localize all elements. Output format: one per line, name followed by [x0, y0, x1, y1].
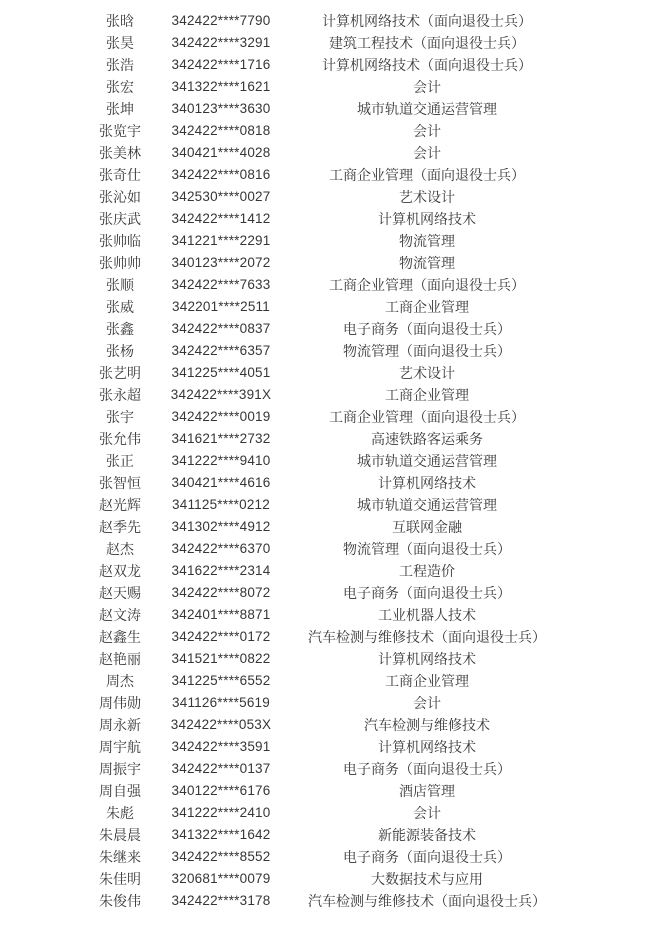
table-row: 张览宇342422****0818会计 — [75, 120, 577, 142]
student-id-masked: 342422****8552 — [165, 846, 277, 868]
student-name: 张允伟 — [75, 428, 165, 450]
student-major: 会计 — [277, 802, 577, 824]
student-name: 朱晨晨 — [75, 824, 165, 846]
student-major: 计算机网络技术 — [277, 472, 577, 494]
student-id-masked: 342422****0172 — [165, 626, 277, 648]
table-row: 张宇342422****0019工商企业管理（面向退役士兵） — [75, 406, 577, 428]
student-major: 工商企业管理 — [277, 296, 577, 318]
student-major: 互联网金融 — [277, 516, 577, 538]
student-id-masked: 340123****3630 — [165, 98, 277, 120]
student-name: 张浩 — [75, 54, 165, 76]
student-id-masked: 341221****2291 — [165, 230, 277, 252]
student-id-masked: 342422****0019 — [165, 406, 277, 428]
student-major: 物流管理（面向退役士兵） — [277, 340, 577, 362]
student-major: 艺术设计 — [277, 186, 577, 208]
student-name: 张正 — [75, 450, 165, 472]
student-major: 计算机网络技术 — [277, 648, 577, 670]
student-major: 工商企业管理 — [277, 670, 577, 692]
student-name: 张艺明 — [75, 362, 165, 384]
table-row: 张威342201****2511工商企业管理 — [75, 296, 577, 318]
student-name: 张鑫 — [75, 318, 165, 340]
table-row: 赵鑫生342422****0172汽车检测与维修技术（面向退役士兵） — [75, 626, 577, 648]
student-name: 张览宇 — [75, 120, 165, 142]
student-major: 新能源装备技术 — [277, 824, 577, 846]
student-id-masked: 342422****0837 — [165, 318, 277, 340]
student-name: 赵鑫生 — [75, 626, 165, 648]
student-major: 会计 — [277, 142, 577, 164]
table-row: 张宏341322****1621会计 — [75, 76, 577, 98]
table-row: 张顺342422****7633工商企业管理（面向退役士兵） — [75, 274, 577, 296]
student-major: 艺术设计 — [277, 362, 577, 384]
student-id-masked: 340122****6176 — [165, 780, 277, 802]
student-major: 大数据技术与应用 — [277, 868, 577, 890]
table-row: 朱佳明320681****0079大数据技术与应用 — [75, 868, 577, 890]
student-name: 赵艳丽 — [75, 648, 165, 670]
table-row: 赵季先341302****4912互联网金融 — [75, 516, 577, 538]
table-row: 张允伟341621****2732高速铁路客运乘务 — [75, 428, 577, 450]
student-name: 赵季先 — [75, 516, 165, 538]
student-major: 工商企业管理 — [277, 384, 577, 406]
table-row: 张杨342422****6357物流管理（面向退役士兵） — [75, 340, 577, 362]
student-name: 张智恒 — [75, 472, 165, 494]
student-major: 工商企业管理（面向退役士兵） — [277, 406, 577, 428]
student-id-masked: 342422****0137 — [165, 758, 277, 780]
student-major: 会计 — [277, 692, 577, 714]
student-name: 张沁如 — [75, 186, 165, 208]
student-major: 汽车检测与维修技术 — [277, 714, 577, 736]
student-id-masked: 341225****6552 — [165, 670, 277, 692]
student-id-masked: 341322****1621 — [165, 76, 277, 98]
table-row: 赵光辉341125****0212城市轨道交通运营管理 — [75, 494, 577, 516]
student-major: 计算机网络技术 — [277, 208, 577, 230]
student-major: 工程造价 — [277, 560, 577, 582]
table-row: 张浩342422****1716计算机网络技术（面向退役士兵） — [75, 54, 577, 76]
student-major: 汽车检测与维修技术（面向退役士兵） — [277, 890, 577, 912]
table-row: 周宇航342422****3591计算机网络技术 — [75, 736, 577, 758]
student-name: 张宇 — [75, 406, 165, 428]
table-row: 周杰341225****6552工商企业管理 — [75, 670, 577, 692]
student-name: 张宏 — [75, 76, 165, 98]
student-major: 会计 — [277, 120, 577, 142]
student-name: 周伟勋 — [75, 692, 165, 714]
student-major: 电子商务（面向退役士兵） — [277, 318, 577, 340]
student-name: 张威 — [75, 296, 165, 318]
table-row: 赵杰342422****6370物流管理（面向退役士兵） — [75, 538, 577, 560]
table-row: 张奇仕342422****0816工商企业管理（面向退役士兵） — [75, 164, 577, 186]
table-row: 张帅临341221****2291物流管理 — [75, 230, 577, 252]
student-id-masked: 340123****2072 — [165, 252, 277, 274]
student-major: 计算机网络技术（面向退役士兵） — [277, 54, 577, 76]
student-name: 张奇仕 — [75, 164, 165, 186]
table-row: 张永超342422****391X工商企业管理 — [75, 384, 577, 406]
student-major: 电子商务（面向退役士兵） — [277, 846, 577, 868]
student-id-masked: 342422****7633 — [165, 274, 277, 296]
table-row: 张帅帅340123****2072物流管理 — [75, 252, 577, 274]
student-id-masked: 320681****0079 — [165, 868, 277, 890]
student-id-masked: 342422****391X — [165, 384, 277, 406]
student-major: 电子商务（面向退役士兵） — [277, 582, 577, 604]
student-name: 张美林 — [75, 142, 165, 164]
table-row: 朱彪341222****2410会计 — [75, 802, 577, 824]
student-name: 张帅帅 — [75, 252, 165, 274]
table-row: 张庆武342422****1412计算机网络技术 — [75, 208, 577, 230]
student-id-masked: 342422****3591 — [165, 736, 277, 758]
student-major: 工商企业管理（面向退役士兵） — [277, 164, 577, 186]
student-major: 物流管理（面向退役士兵） — [277, 538, 577, 560]
student-id-masked: 342422****1716 — [165, 54, 277, 76]
student-id-masked: 342422****3178 — [165, 890, 277, 912]
student-id-masked: 341621****2732 — [165, 428, 277, 450]
student-name: 周杰 — [75, 670, 165, 692]
student-major: 汽车检测与维修技术（面向退役士兵） — [277, 626, 577, 648]
table-row: 赵双龙341622****2314工程造价 — [75, 560, 577, 582]
student-name: 朱继来 — [75, 846, 165, 868]
student-id-masked: 342422****7790 — [165, 10, 277, 32]
table-row: 张坤340123****3630城市轨道交通运营管理 — [75, 98, 577, 120]
student-name: 朱彪 — [75, 802, 165, 824]
student-id-masked: 342422****3291 — [165, 32, 277, 54]
student-id-masked: 341322****1642 — [165, 824, 277, 846]
table-row: 张正341222****9410城市轨道交通运营管理 — [75, 450, 577, 472]
student-id-masked: 341222****9410 — [165, 450, 277, 472]
student-name: 张顺 — [75, 274, 165, 296]
student-name: 周宇航 — [75, 736, 165, 758]
student-name: 张帅临 — [75, 230, 165, 252]
student-id-masked: 342422****0818 — [165, 120, 277, 142]
student-major: 物流管理 — [277, 252, 577, 274]
student-name: 朱佳明 — [75, 868, 165, 890]
admission-list-document: 张晗342422****7790计算机网络技术（面向退役士兵）张昊342422*… — [0, 0, 654, 934]
student-major: 城市轨道交通运营管理 — [277, 98, 577, 120]
student-id-masked: 341125****0212 — [165, 494, 277, 516]
student-table: 张晗342422****7790计算机网络技术（面向退役士兵）张昊342422*… — [75, 10, 577, 912]
student-name: 赵天赐 — [75, 582, 165, 604]
table-row: 张沁如342530****0027艺术设计 — [75, 186, 577, 208]
student-name: 周自强 — [75, 780, 165, 802]
student-name: 张杨 — [75, 340, 165, 362]
table-row: 赵艳丽341521****0822计算机网络技术 — [75, 648, 577, 670]
student-id-masked: 341126****5619 — [165, 692, 277, 714]
student-major: 会计 — [277, 76, 577, 98]
table-row: 张鑫342422****0837电子商务（面向退役士兵） — [75, 318, 577, 340]
table-row: 张美林340421****4028会计 — [75, 142, 577, 164]
table-row: 张晗342422****7790计算机网络技术（面向退役士兵） — [75, 10, 577, 32]
student-id-masked: 342201****2511 — [165, 296, 277, 318]
student-major: 高速铁路客运乘务 — [277, 428, 577, 450]
table-row: 周自强340122****6176酒店管理 — [75, 780, 577, 802]
student-name: 赵双龙 — [75, 560, 165, 582]
table-row: 朱俊伟342422****3178汽车检测与维修技术（面向退役士兵） — [75, 890, 577, 912]
table-row: 张艺明341225****4051艺术设计 — [75, 362, 577, 384]
table-row: 张智恒340421****4616计算机网络技术 — [75, 472, 577, 494]
student-id-masked: 342422****8072 — [165, 582, 277, 604]
student-id-masked: 342422****6357 — [165, 340, 277, 362]
student-name: 张永超 — [75, 384, 165, 406]
student-id-masked: 341521****0822 — [165, 648, 277, 670]
student-id-masked: 341622****2314 — [165, 560, 277, 582]
student-id-masked: 341302****4912 — [165, 516, 277, 538]
student-id-masked: 342422****1412 — [165, 208, 277, 230]
student-major: 建筑工程技术（面向退役士兵） — [277, 32, 577, 54]
table-row: 周振宇342422****0137电子商务（面向退役士兵） — [75, 758, 577, 780]
student-name: 赵杰 — [75, 538, 165, 560]
student-id-masked: 340421****4028 — [165, 142, 277, 164]
student-major: 城市轨道交通运营管理 — [277, 450, 577, 472]
student-name: 周振宇 — [75, 758, 165, 780]
student-id-masked: 342401****8871 — [165, 604, 277, 626]
student-major: 工业机器人技术 — [277, 604, 577, 626]
student-major: 城市轨道交通运营管理 — [277, 494, 577, 516]
student-id-masked: 340421****4616 — [165, 472, 277, 494]
student-name: 张晗 — [75, 10, 165, 32]
student-major: 工商企业管理（面向退役士兵） — [277, 274, 577, 296]
student-name: 张昊 — [75, 32, 165, 54]
student-name: 赵文涛 — [75, 604, 165, 626]
student-major: 计算机网络技术 — [277, 736, 577, 758]
student-name: 朱俊伟 — [75, 890, 165, 912]
table-row: 赵文涛342401****8871工业机器人技术 — [75, 604, 577, 626]
student-major: 电子商务（面向退役士兵） — [277, 758, 577, 780]
table-row: 周伟勋341126****5619会计 — [75, 692, 577, 714]
student-name: 张坤 — [75, 98, 165, 120]
student-major: 酒店管理 — [277, 780, 577, 802]
student-major: 计算机网络技术（面向退役士兵） — [277, 10, 577, 32]
student-id-masked: 342422****053X — [165, 714, 277, 736]
table-row: 周永新342422****053X汽车检测与维修技术 — [75, 714, 577, 736]
student-id-masked: 342422****0816 — [165, 164, 277, 186]
table-row: 张昊342422****3291建筑工程技术（面向退役士兵） — [75, 32, 577, 54]
table-row: 朱晨晨341322****1642新能源装备技术 — [75, 824, 577, 846]
student-name: 张庆武 — [75, 208, 165, 230]
student-name: 赵光辉 — [75, 494, 165, 516]
student-id-masked: 341222****2410 — [165, 802, 277, 824]
table-row: 朱继来342422****8552电子商务（面向退役士兵） — [75, 846, 577, 868]
student-name: 周永新 — [75, 714, 165, 736]
student-id-masked: 342422****6370 — [165, 538, 277, 560]
student-id-masked: 341225****4051 — [165, 362, 277, 384]
table-row: 赵天赐342422****8072电子商务（面向退役士兵） — [75, 582, 577, 604]
student-id-masked: 342530****0027 — [165, 186, 277, 208]
student-major: 物流管理 — [277, 230, 577, 252]
